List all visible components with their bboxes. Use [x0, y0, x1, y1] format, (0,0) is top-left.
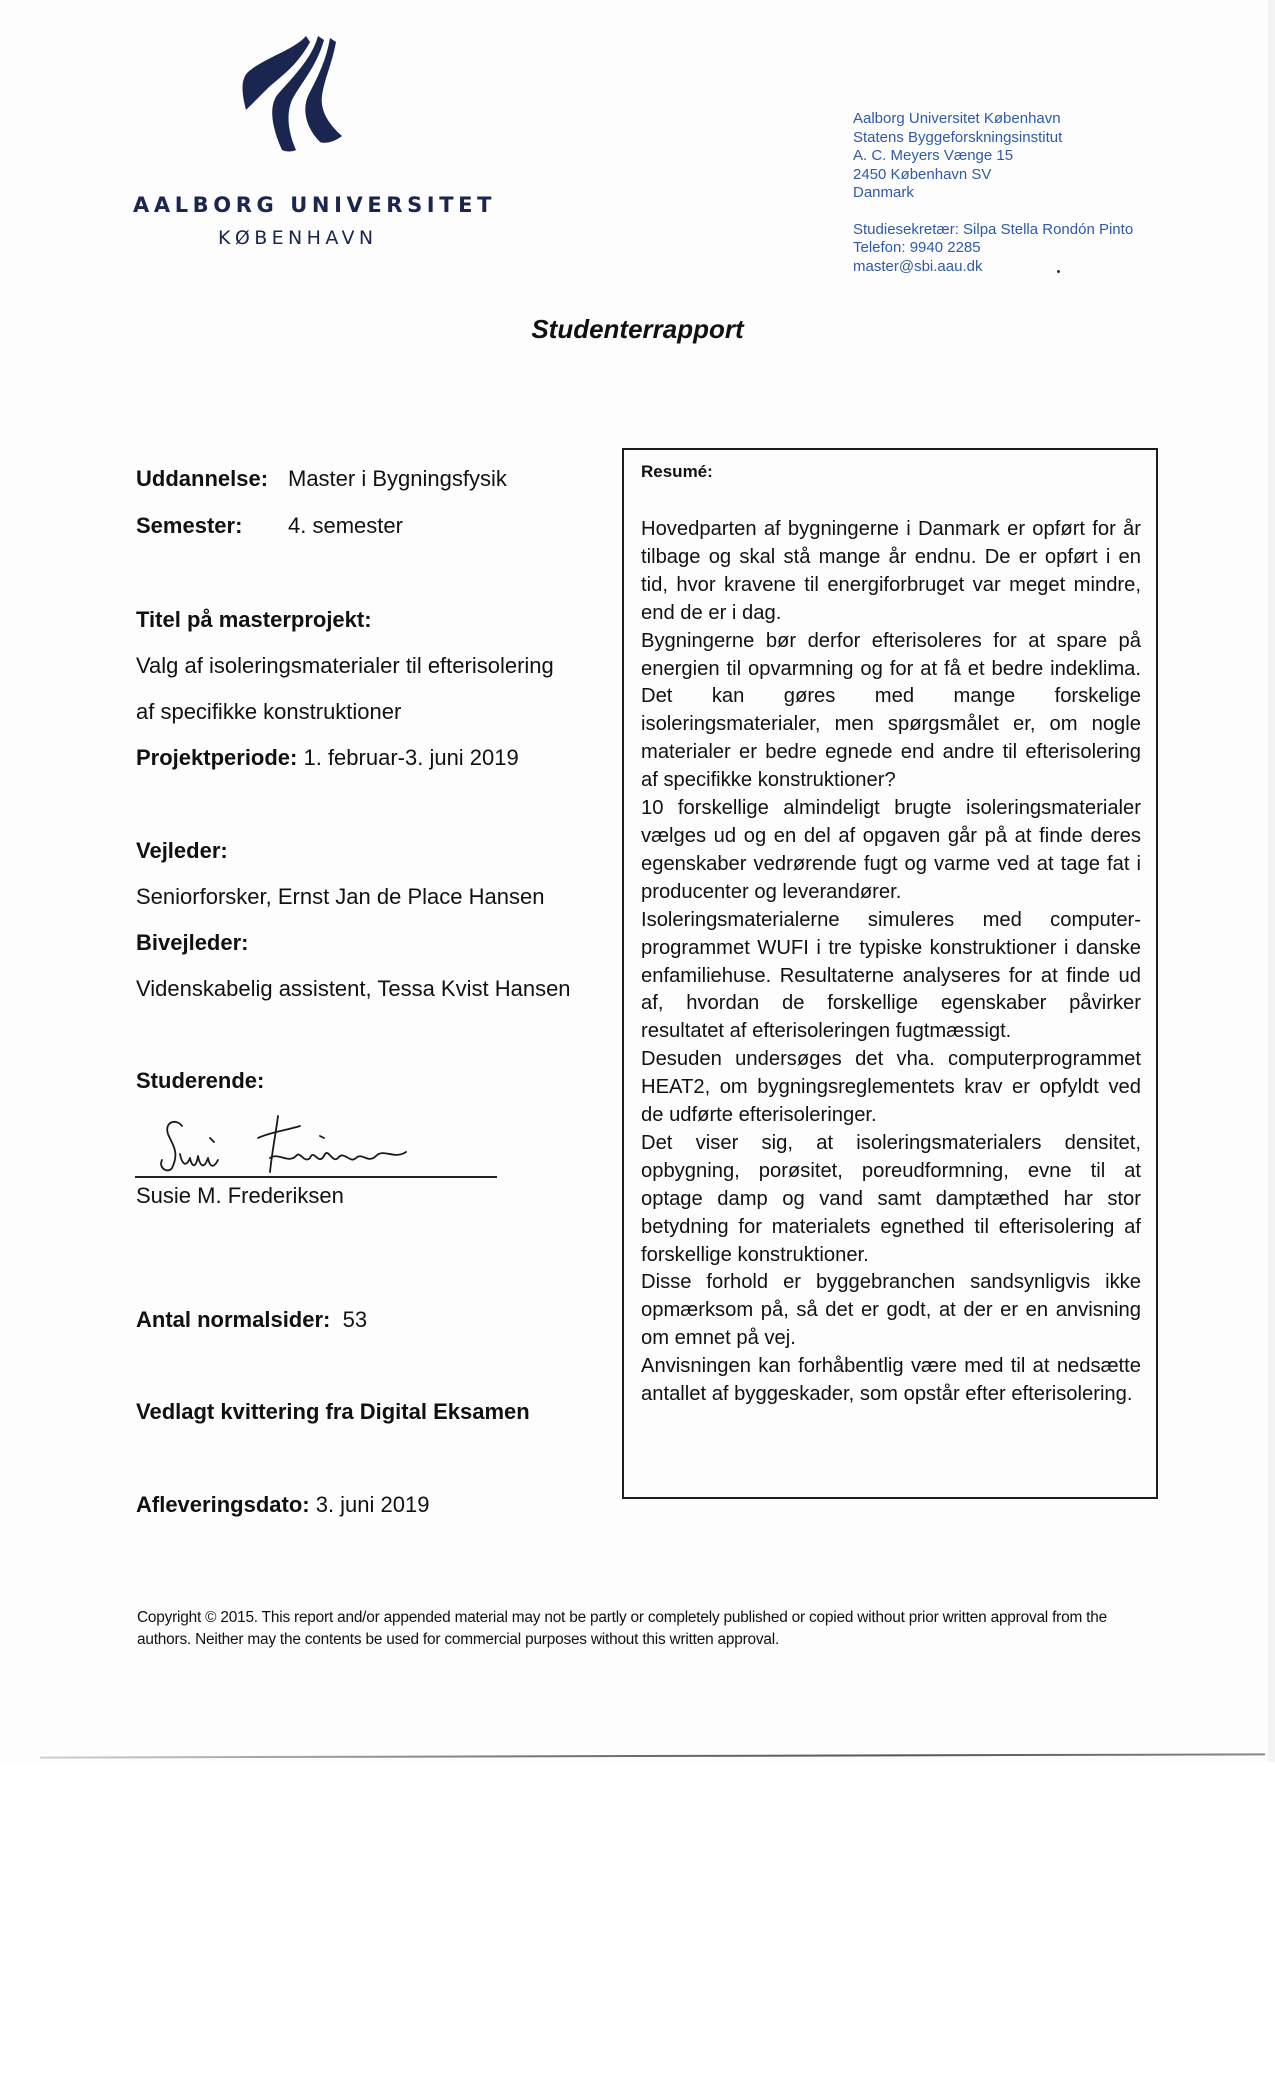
- vejleder-label: Vejleder:: [136, 838, 228, 864]
- copyright-notice: Copyright © 2015. This report and/or app…: [137, 1607, 1117, 1651]
- titel-line-1: Valg af isoleringsmaterialer til efteris…: [136, 653, 554, 679]
- resume-paragraph: 10 forskellige almindeligt brugte isoler…: [641, 795, 1141, 907]
- address-line: Danmark: [853, 184, 1133, 203]
- normalsider-label: Antal normalsider:: [136, 1307, 330, 1332]
- signature-icon: [150, 1108, 470, 1176]
- brand-name: AALBORG UNIVERSITET: [133, 193, 496, 217]
- bivejleder-label: Bivejleder:: [136, 930, 249, 956]
- brand-city: KØBENHAVN: [218, 227, 378, 249]
- semester-label: Semester:: [136, 513, 242, 538]
- studerende-name: Susie M. Frederiksen: [136, 1183, 344, 1209]
- afleveringsdato-value: 3. juni 2019: [310, 1492, 430, 1517]
- address-line: 2450 København SV: [853, 166, 1133, 185]
- page-edge: [1268, 0, 1275, 1762]
- resume-paragraph: Isoleringsmaterialerne simuleres med com…: [641, 907, 1141, 1047]
- bivejleder-value: Videnskabelig assistent, Tessa Kvist Han…: [136, 976, 571, 1002]
- afleveringsdato-label: Afleveringsdato:: [136, 1492, 310, 1517]
- address-line: Aalborg Universitet København: [853, 110, 1133, 129]
- resume-paragraph: Desuden undersøges det vha. computerprog…: [641, 1046, 1141, 1130]
- resume-paragraph: Anvisningen kan forhåbentlig være med ti…: [641, 1353, 1141, 1409]
- contact-phone: Telefon: 9940 2285: [853, 239, 1133, 258]
- semester-row: Semester: 4. semester: [136, 513, 242, 539]
- studerende-label: Studerende:: [136, 1068, 264, 1094]
- projektperiode-row: Projektperiode: 1. februar-3. juni 2019: [136, 745, 519, 771]
- projektperiode-value: 1. februar-3. juni 2019: [297, 745, 518, 770]
- resume-paragraph: Hovedparten af bygningerne i Danmark er …: [641, 516, 1141, 628]
- resume-paragraph: Bygningerne bør derfor efterisoleres for…: [641, 628, 1141, 795]
- resume-title: Resumé:: [641, 462, 713, 482]
- afleveringsdato-row: Afleveringsdato: 3. juni 2019: [136, 1492, 429, 1518]
- uddannelse-label: Uddannelse:: [136, 466, 268, 491]
- address-line: A. C. Meyers Vænge 15: [853, 147, 1133, 166]
- address-line: Statens Byggeforskningsinstitut: [853, 129, 1133, 148]
- contact-email: master@sbi.aau.dk: [853, 258, 1133, 277]
- resume-paragraph: Det viser sig, at isoleringsmaterialers …: [641, 1130, 1141, 1270]
- uddannelse-row: Uddannelse: Master i Bygningsfysik: [136, 466, 268, 492]
- signature-line: [135, 1176, 497, 1178]
- report-title: Studenterrapport: [0, 314, 1275, 345]
- uddannelse-value: Master i Bygningsfysik: [288, 466, 507, 492]
- resume-paragraph: Disse forhold er byggebranchen sandsynli…: [641, 1269, 1141, 1353]
- titel-line-2: af specifikke konstruktioner: [136, 699, 401, 725]
- scan-speck: [1057, 270, 1060, 273]
- titel-label: Titel på masterprojekt:: [136, 607, 372, 633]
- normalsider-row: Antal normalsider: 53: [136, 1307, 367, 1333]
- address-block: Aalborg Universitet København Statens By…: [853, 110, 1133, 276]
- normalsider-value: 53: [330, 1307, 367, 1332]
- projektperiode-label: Projektperiode:: [136, 745, 297, 770]
- vejleder-value: Seniorforsker, Ernst Jan de Place Hansen: [136, 884, 544, 910]
- resume-body: Hovedparten af bygningerne i Danmark er …: [641, 516, 1141, 1409]
- kvittering-label: Vedlagt kvittering fra Digital Eksamen: [136, 1399, 530, 1425]
- semester-value: 4. semester: [288, 513, 403, 539]
- contact-secretary: Studiesekretær: Silpa Stella Rondón Pint…: [853, 221, 1133, 240]
- aau-wave-logo-icon: [234, 32, 354, 156]
- resume-box: Resumé: Hovedparten af bygningerne i Dan…: [622, 448, 1158, 1499]
